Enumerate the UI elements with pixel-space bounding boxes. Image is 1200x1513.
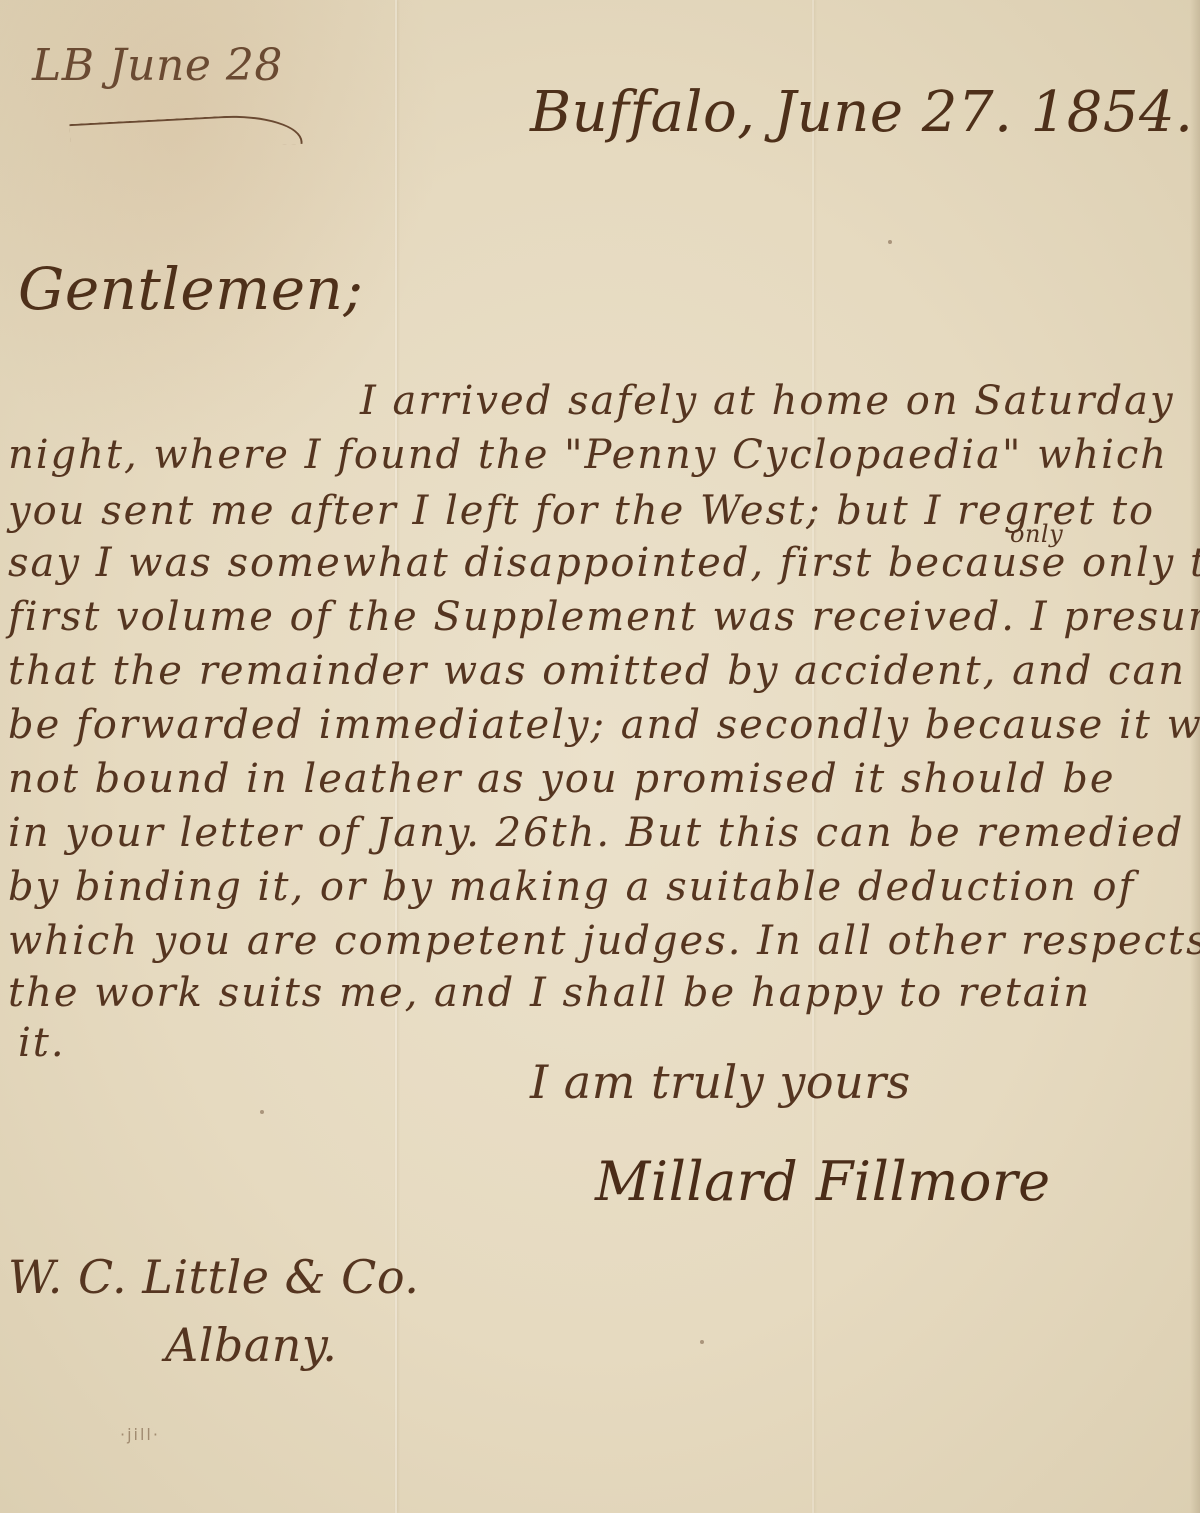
stray-ink-marks: ·jill· bbox=[120, 1425, 160, 1444]
body-line-3: you sent me after I left for the West; b… bbox=[8, 488, 1155, 534]
letter-page: LB June 28 Buffalo, June 27. 1854. Gentl… bbox=[0, 0, 1200, 1513]
body-line-13: it. bbox=[18, 1020, 66, 1066]
closing: I am truly yours bbox=[530, 1055, 911, 1109]
recipient-city: Albany. bbox=[165, 1318, 337, 1372]
body-line-9: in your letter of Jany. 26th. But this c… bbox=[8, 810, 1184, 856]
signature: Millard Fillmore bbox=[595, 1150, 1051, 1213]
body-line-4: say I was somewhat disappointed, first b… bbox=[8, 540, 1200, 586]
body-line-6: that the remainder was omitted by accide… bbox=[8, 648, 1186, 694]
ink-spot bbox=[260, 1110, 264, 1114]
dateline: Buffalo, June 27. 1854. bbox=[530, 80, 1193, 145]
docket-note: LB June 28 bbox=[32, 40, 283, 91]
body-line-8: not bound in leather as you promised it … bbox=[8, 756, 1116, 802]
recipient-name: W. C. Little & Co. bbox=[8, 1250, 419, 1304]
ink-spot bbox=[700, 1340, 704, 1344]
body-line-2-text: night, where I found the "Penny Cyclopae… bbox=[8, 432, 1168, 478]
body-line-12: the work suits me, and I shall be happy … bbox=[8, 970, 1091, 1016]
ink-spot bbox=[888, 240, 892, 244]
docket-flourish bbox=[69, 112, 302, 156]
paper-edge-shadow bbox=[1190, 0, 1200, 1513]
body-line-2: night, where I found the "Penny Cyclopae… bbox=[8, 432, 1168, 478]
body-line-10: by binding it, or by making a suitable d… bbox=[8, 864, 1135, 910]
salutation: Gentlemen; bbox=[18, 255, 363, 323]
body-line-11: which you are competent judges. In all o… bbox=[8, 918, 1200, 964]
body-line-7: be forwarded immediately; and secondly b… bbox=[8, 702, 1200, 748]
body-line-1: I arrived safely at home on Saturday bbox=[360, 378, 1175, 424]
body-line-5: first volume of the Supplement was recei… bbox=[8, 594, 1200, 640]
